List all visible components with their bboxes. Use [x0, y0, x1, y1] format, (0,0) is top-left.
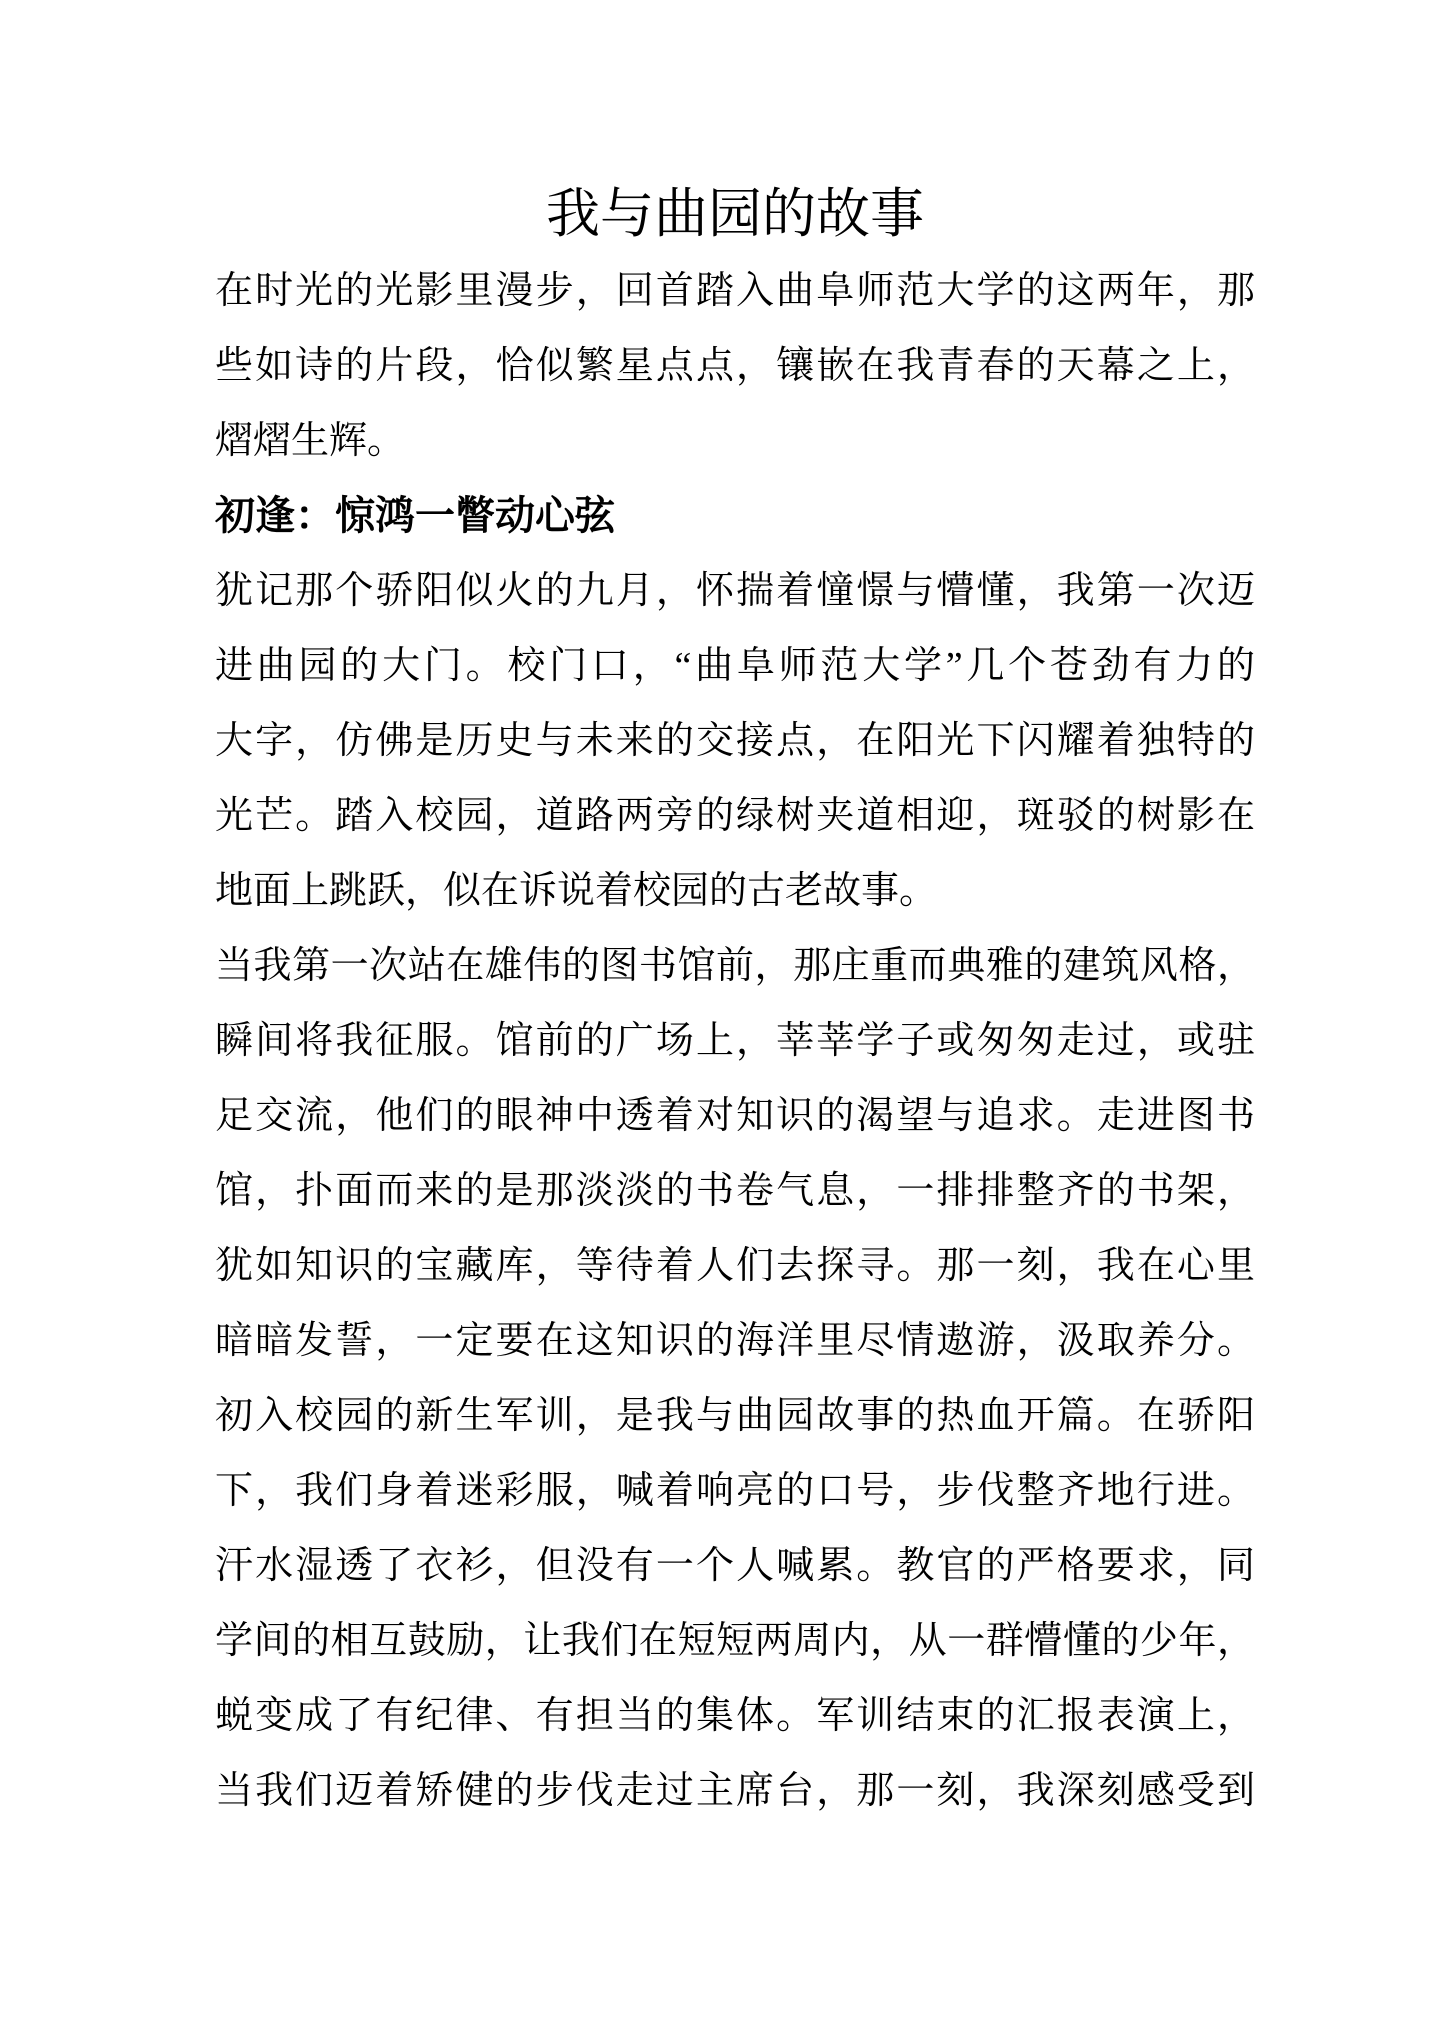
text-line: 犹记那个骄阳似火的九月，怀揣着憧憬与懵懂，我第一次迈 — [215, 554, 1255, 629]
text-line: 进曲园的大门。校门口，“曲阜师范大学”几个苍劲有力的 — [215, 629, 1255, 704]
paragraph: 初入校园的新生军训，是我与曲园故事的热血开篇。在骄阳下，我们身着迷彩服，喊着响亮… — [215, 1379, 1255, 1829]
text-line: 下，我们身着迷彩服，喊着响亮的口号，步伐整齐地行进。 — [215, 1454, 1255, 1529]
text-line: 在时光的光影里漫步，回首踏入曲阜师范大学的这两年，那 — [215, 254, 1255, 329]
document-page: 我与曲园的故事 在时光的光影里漫步，回首踏入曲阜师范大学的这两年，那些如诗的片段… — [0, 0, 1438, 2034]
document-body: 在时光的光影里漫步，回首踏入曲阜师范大学的这两年，那些如诗的片段，恰似繁星点点，… — [215, 254, 1255, 1829]
paragraph: 当我第一次站在雄伟的图书馆前，那庄重而典雅的建筑风格，瞬间将我征服。馆前的广场上… — [215, 929, 1255, 1379]
text-line: 光芒。踏入校园，道路两旁的绿树夹道相迎，斑驳的树影在 — [215, 779, 1255, 854]
text-line: 当我第一次站在雄伟的图书馆前，那庄重而典雅的建筑风格， — [215, 929, 1255, 1004]
text-line: 学间的相互鼓励，让我们在短短两周内，从一群懵懂的少年， — [215, 1604, 1255, 1679]
text-line: 汗水湿透了衣衫，但没有一个人喊累。教官的严格要求，同 — [215, 1529, 1255, 1604]
text-line: 足交流，他们的眼神中透着对知识的渴望与追求。走进图书 — [215, 1079, 1255, 1154]
text-line: 大字，仿佛是历史与未来的交接点，在阳光下闪耀着独特的 — [215, 704, 1255, 779]
text-line: 瞬间将我征服。馆前的广场上，莘莘学子或匆匆走过，或驻 — [215, 1004, 1255, 1079]
text-line: 犹如知识的宝藏库，等待着人们去探寻。那一刻，我在心里 — [215, 1229, 1255, 1304]
paragraph: 犹记那个骄阳似火的九月，怀揣着憧憬与懵懂，我第一次迈进曲园的大门。校门口，“曲阜… — [215, 554, 1255, 929]
text-line: 暗暗发誓，一定要在这知识的海洋里尽情遨游，汲取养分。 — [215, 1304, 1255, 1379]
text-line: 初入校园的新生军训，是我与曲园故事的热血开篇。在骄阳 — [215, 1379, 1255, 1454]
paragraph: 在时光的光影里漫步，回首踏入曲阜师范大学的这两年，那些如诗的片段，恰似繁星点点，… — [215, 254, 1255, 479]
text-line: 蜕变成了有纪律、有担当的集体。军训结束的汇报表演上， — [215, 1679, 1255, 1754]
text-line: 馆，扑面而来的是那淡淡的书卷气息，一排排整齐的书架， — [215, 1154, 1255, 1229]
text-line: 熠熠生辉。 — [215, 404, 1255, 479]
text-line: 些如诗的片段，恰似繁星点点，镶嵌在我青春的天幕之上， — [215, 329, 1255, 404]
section-heading: 初逢：惊鸿一瞥动心弦 — [215, 479, 1255, 554]
document-title: 我与曲园的故事 — [215, 174, 1255, 254]
text-line: 地面上跳跃，似在诉说着校园的古老故事。 — [215, 854, 1255, 929]
text-line: 当我们迈着矫健的步伐走过主席台，那一刻，我深刻感受到 — [215, 1754, 1255, 1829]
